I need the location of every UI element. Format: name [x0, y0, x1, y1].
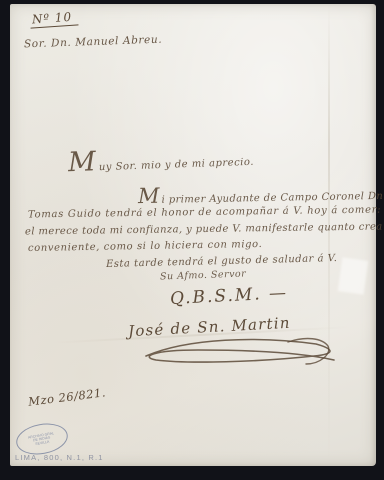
date-line: Mzo 26/821.	[27, 385, 106, 408]
valediction-line: Su Afmo. Servor	[160, 268, 247, 282]
closing-line: Esta tarde tendrá el gusto de saludar á …	[106, 253, 338, 270]
paper-patch	[338, 257, 368, 294]
body-line-4: conveniente, como si lo hiciera con migo…	[28, 239, 263, 254]
archive-stamp-text: ARCHIVO GRAL DE INDIAS SEVILLA	[28, 431, 56, 446]
courtesy-formula: Q.B.S.M. —	[170, 283, 289, 309]
archive-reference: LIMA, 800, N.1, R.1	[15, 453, 104, 462]
signature-flourish	[138, 334, 348, 370]
body-line-1: Mi primer Ayudante de Campo Coronel Dn.	[138, 180, 384, 208]
body-line-3: el merece toda mi confianza, y puede V. …	[25, 222, 383, 238]
scanned-letter: Nº 10 Sor. Dn. Manuel Abreu. Muy Sor. mi…	[0, 0, 384, 480]
letter-paper: Nº 10 Sor. Dn. Manuel Abreu. Muy Sor. mi…	[10, 4, 376, 466]
body-line-2: Tomas Guido tendrá el honor de acompañar…	[28, 205, 381, 221]
salutation-line: Muy Sor. mio y de mi aprecio.	[68, 141, 255, 178]
addressee-line: Sor. Dn. Manuel Abreu.	[24, 34, 163, 51]
letter-number: Nº 10	[30, 9, 79, 28]
paper-crease	[328, 4, 330, 466]
